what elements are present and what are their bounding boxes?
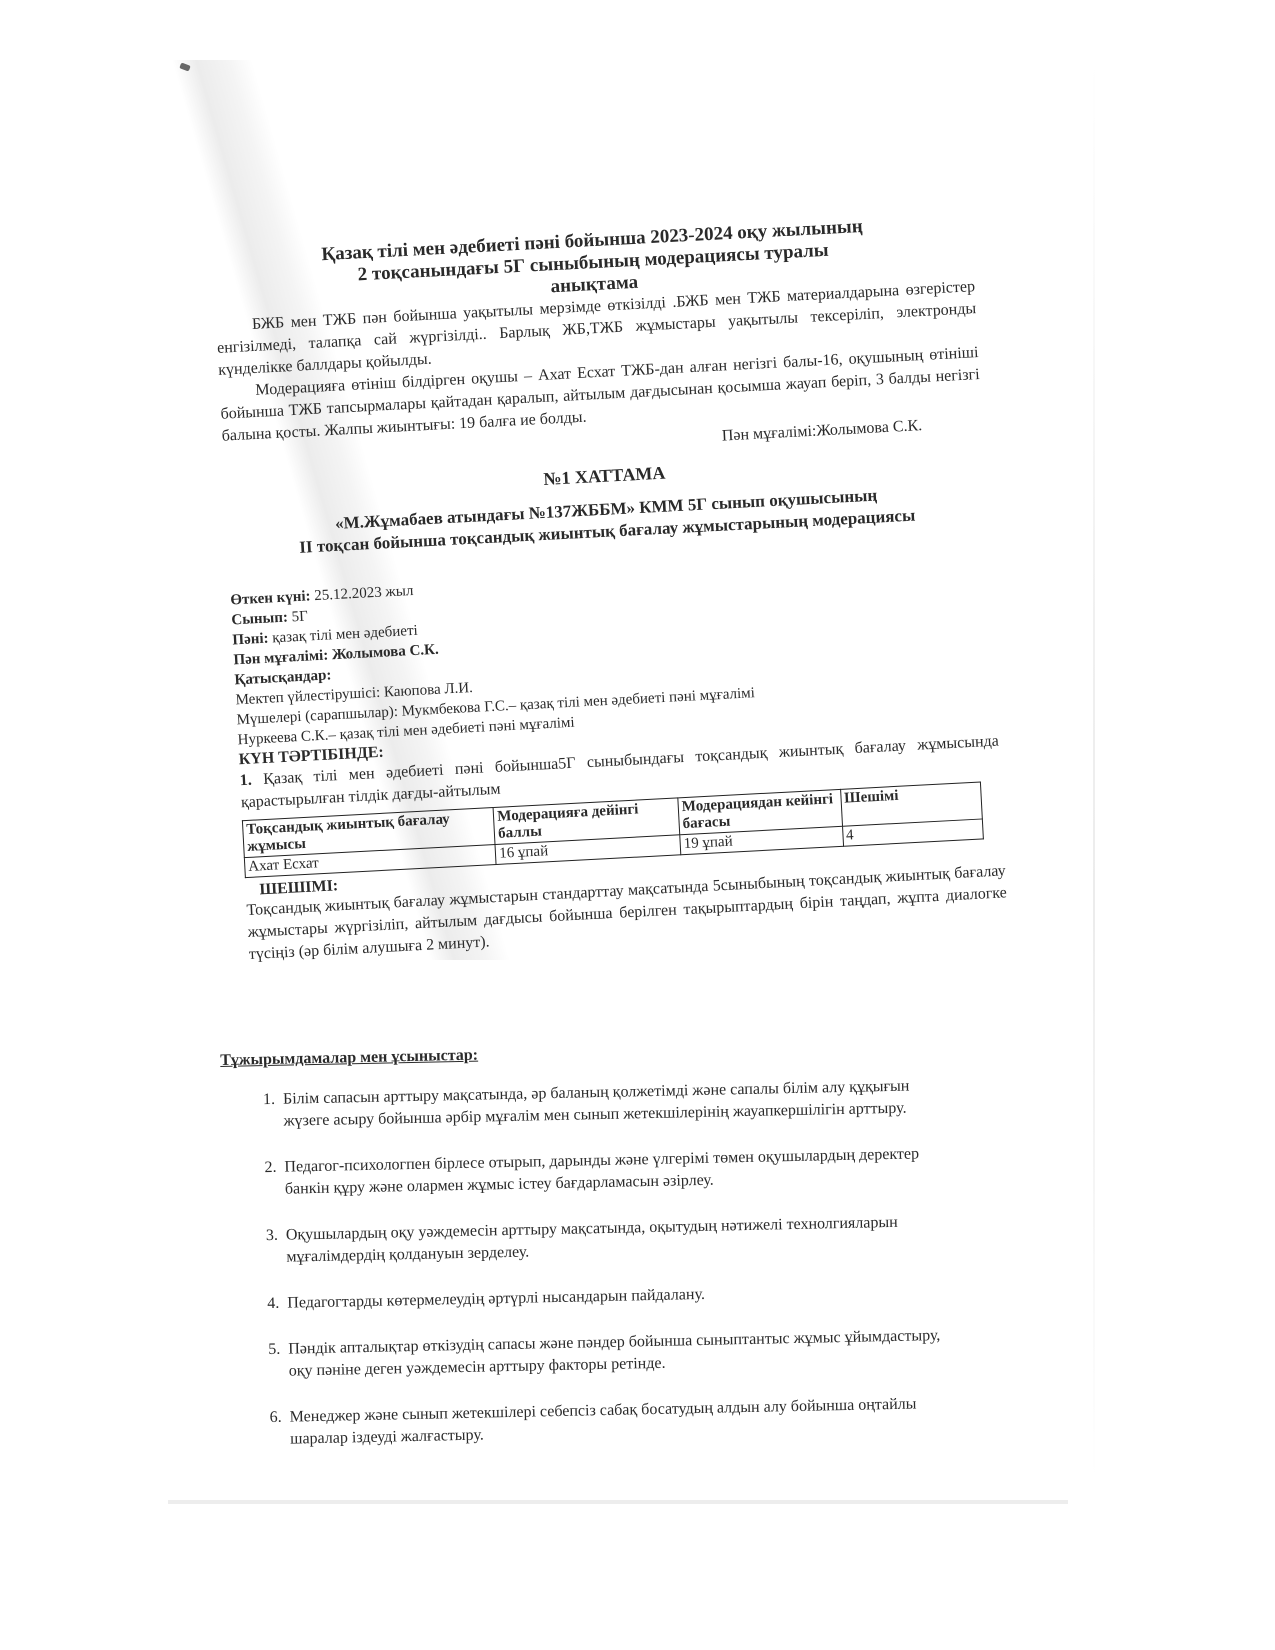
paper-right-edge — [1093, 60, 1095, 1480]
recommendation-item: Білім сапасын арттыру мақсатында, әр бал… — [279, 1075, 942, 1133]
recommendation-item: Педагогтарды көтермелеудің әртүрлі нысан… — [283, 1279, 945, 1315]
document-page-top: Қазақ тілі мен әдебиеті пәні бойынша 202… — [212, 210, 1008, 966]
recommendations-list: Білім сапасын арттыру мақсатында, әр бал… — [221, 1075, 948, 1452]
recommendation-item: Педагог-психологпен бірлесе отырып, дары… — [280, 1143, 943, 1201]
recommendation-item: Оқушылардың оқу уәждемесін арттыру мақса… — [282, 1211, 945, 1269]
document-page-bottom: Тұжырымдамалар мен ұсыныстар: Білім сапа… — [220, 1035, 949, 1476]
recommendation-item: Менеджер және сынып жетекшілері себепсіз… — [285, 1393, 948, 1451]
recommendation-item: Пәндік апталықтар өткізудің сапасы және … — [284, 1325, 947, 1383]
recommendations-label: Тұжырымдамалар мен ұсыныстар: — [220, 1037, 940, 1070]
paper-bottom-edge — [168, 1500, 1068, 1504]
